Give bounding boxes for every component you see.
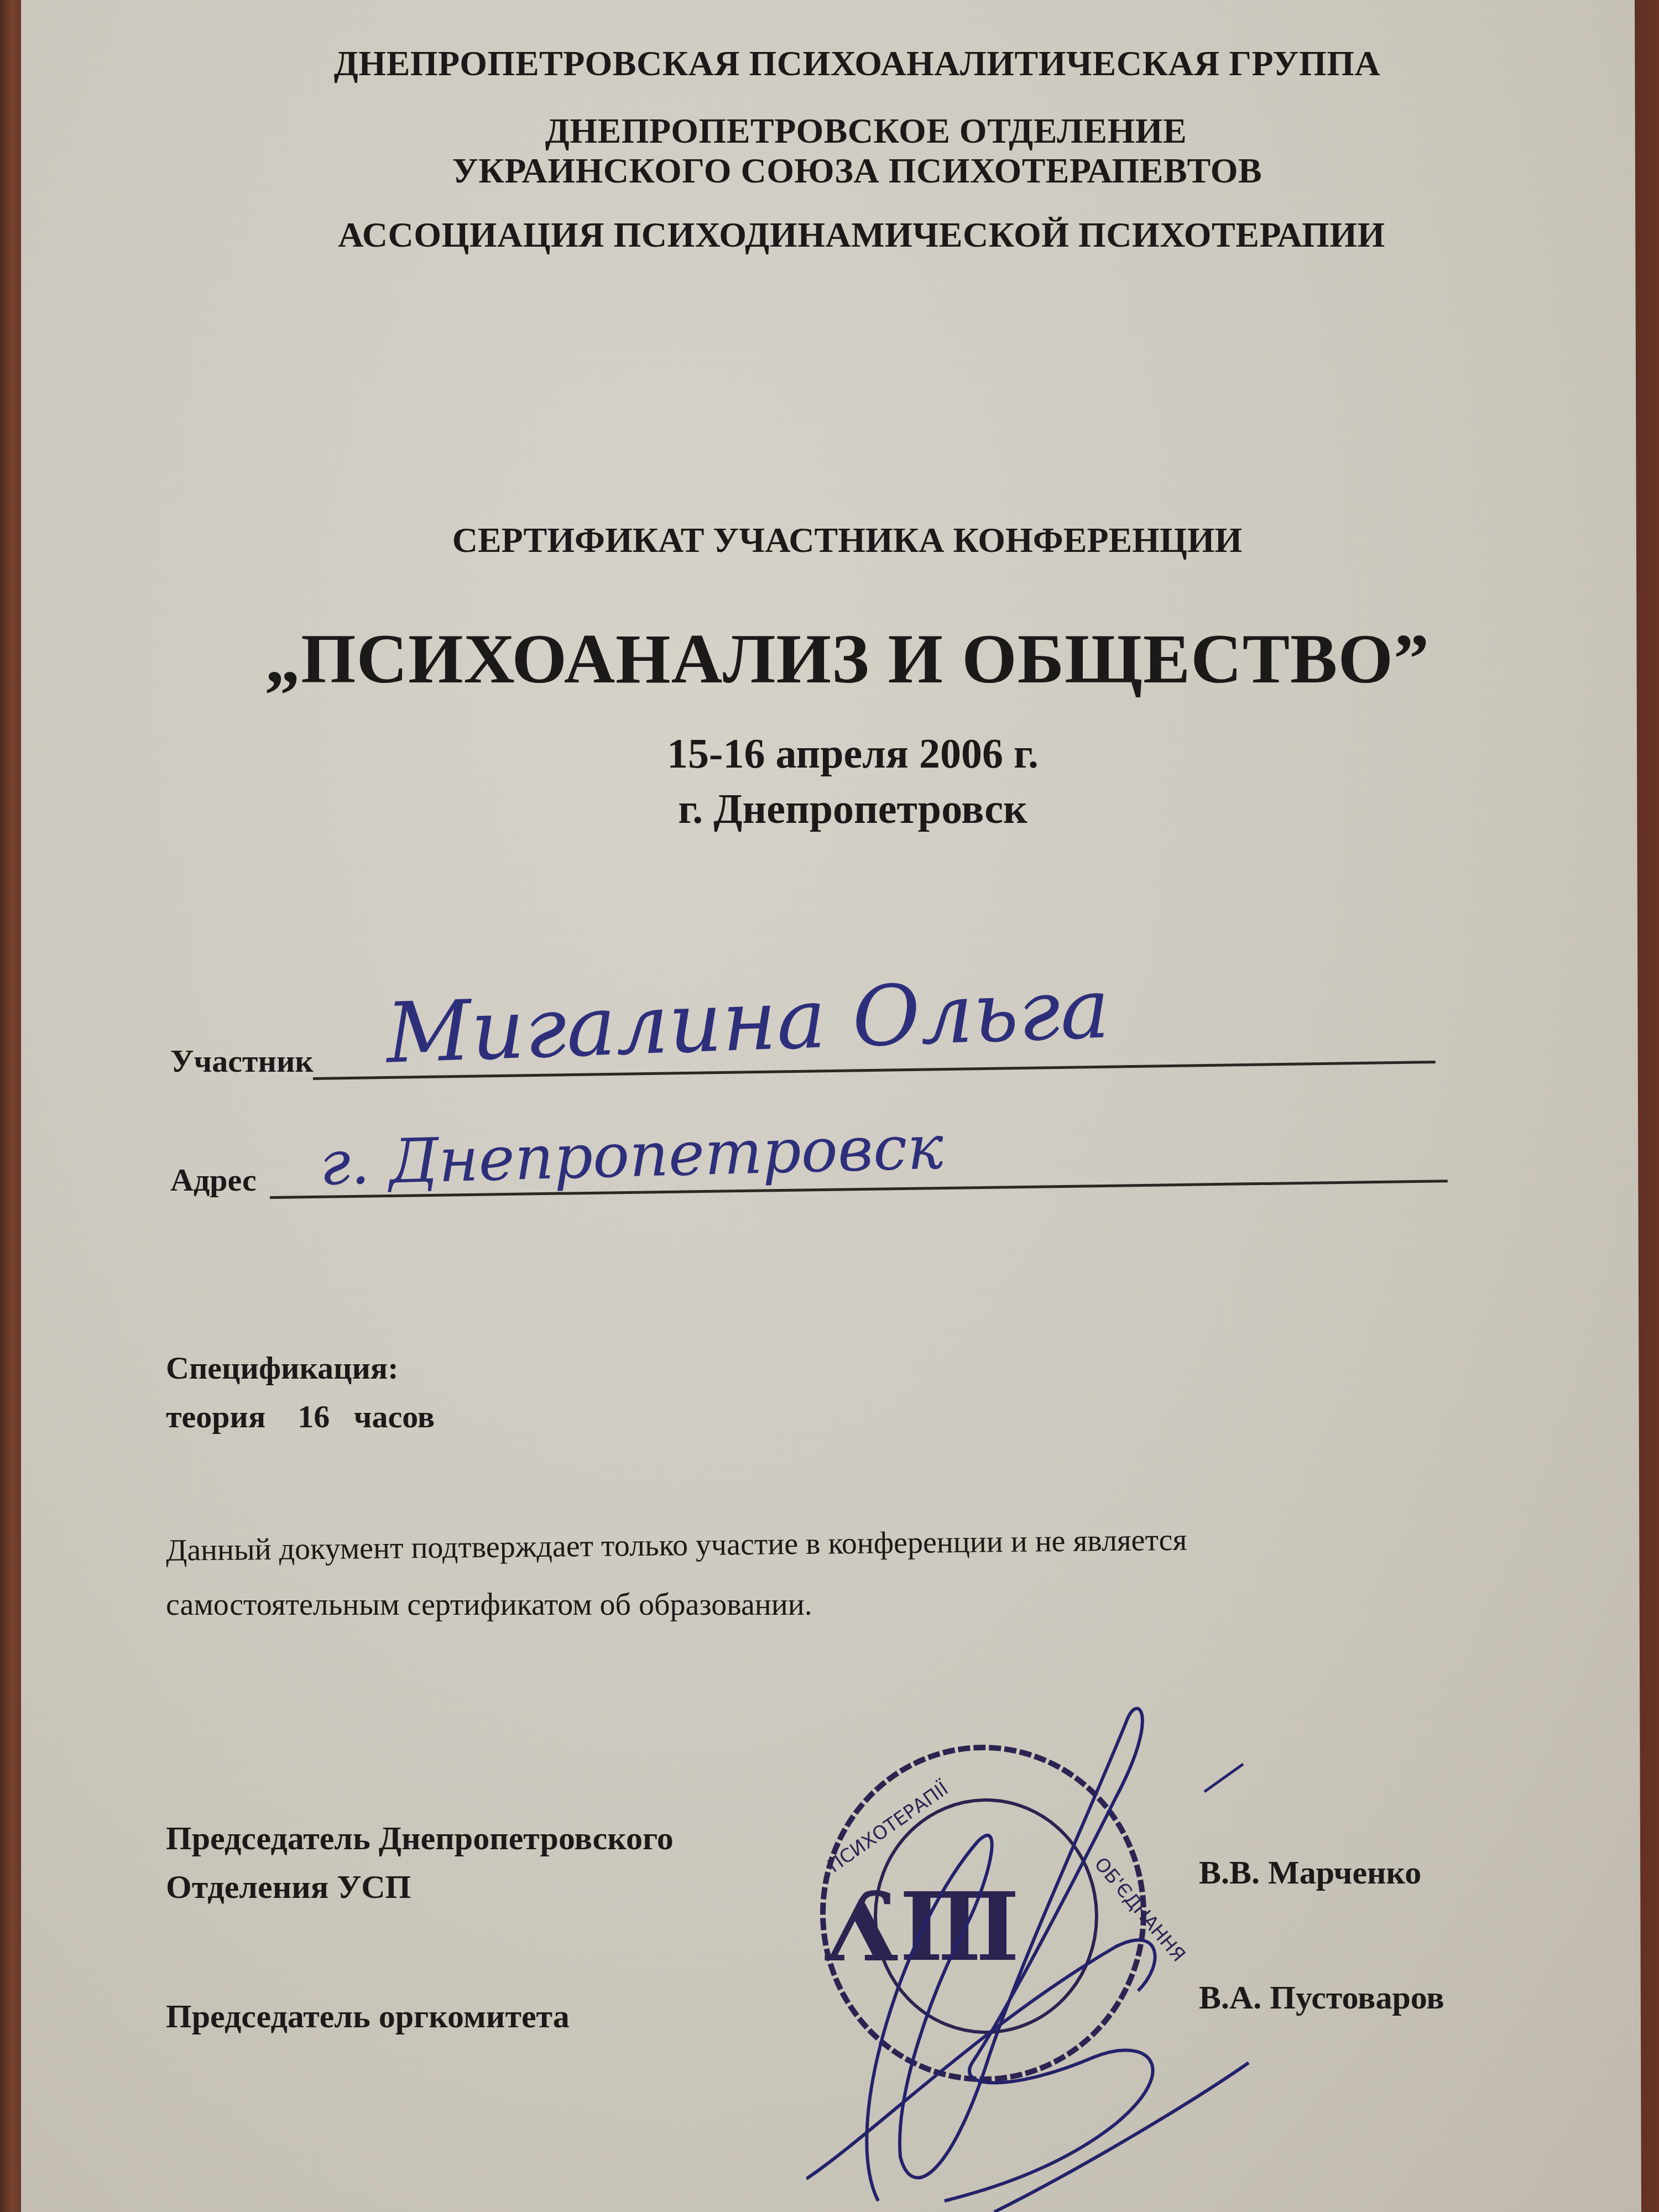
conference-title: „ПСИХОАНАЛИЗ И ОБЩЕСТВО” [265, 618, 1430, 700]
chair1-title-line1: Председатель Днепропетровского [166, 1819, 674, 1858]
certificate-label: СЕРТИФИКАТ УЧАСТНИКА КОНФЕРЕНЦИИ [452, 520, 1243, 561]
conference-city: г. Днепропетровск [678, 785, 1027, 833]
svg-text:ШУ: ШУ [823, 1869, 1019, 1979]
address-label: Адрес [170, 1161, 257, 1198]
certificate-paper: ДНЕПРОПЕТРОВСКАЯ ПСИХОАНАЛИТИЧЕСКАЯ ГРУП… [21, 0, 1641, 2212]
disclaimer-line-2: самостоятельным сертификатом об образова… [166, 1587, 812, 1623]
specification-label: Спецификация: [166, 1349, 399, 1386]
participant-label: Участник [170, 1042, 314, 1079]
org-line-2: ДНЕПРОПЕТРОВСКОЕ ОТДЕЛЕНИЕ [545, 111, 1187, 152]
participant-handwritten-name: Мигалина Ольга [384, 961, 1111, 1082]
specification-value: теория 16 часов [166, 1398, 435, 1435]
org-line-4: АССОЦИАЦИЯ ПСИХОДИНАМИЧЕСКОЙ ПСИХОТЕРАПИ… [338, 215, 1385, 255]
org-line-3: УКРАИНСКОГО СОЮЗА ПСИХОТЕРАПЕВТОВ [452, 150, 1262, 191]
conference-dates: 15-16 апреля 2006 г. [667, 730, 1039, 778]
round-seal-stamp-icon: ШУ ПСИХОТЕРАПІЇ ОБ'ЄДНАННЯ [806, 1703, 1304, 2212]
address-handwritten-value: г. Днепропетровск [319, 1112, 945, 1198]
org-line-1: ДНЕПРОПЕТРОВСКАЯ ПСИХОАНАЛИТИЧЕСКАЯ ГРУП… [334, 43, 1380, 84]
disclaimer-line-1: Данный документ подтверждает только учас… [166, 1522, 1187, 1568]
wood-background-left [0, 0, 24, 2212]
chair2-title: Председатель оргкомитета [166, 1997, 570, 2036]
chair1-title-line2: Отделения УСП [166, 1868, 411, 1906]
